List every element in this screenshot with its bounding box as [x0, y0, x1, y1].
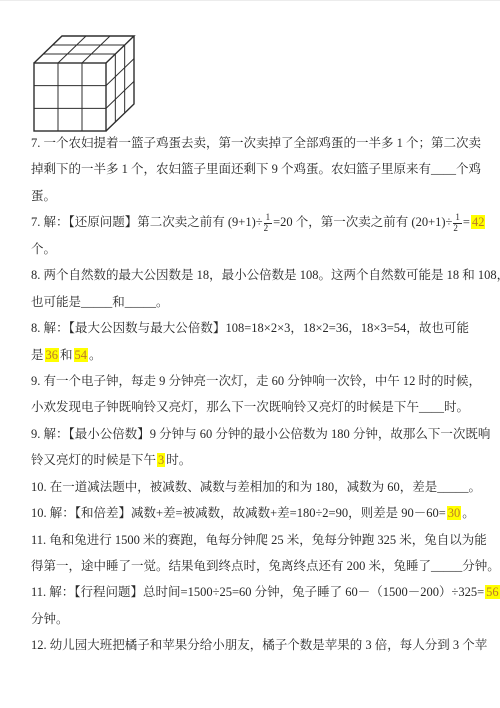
- text-segment: 时。: [166, 453, 191, 467]
- text-segment: 11. 龟和兔进行 1500 米的赛跑，龟每分钟爬 25 米，兔每分钟跑 325…: [31, 533, 487, 547]
- cube-figure-3x3x3: [32, 35, 136, 133]
- worksheet-page: 7. 一个农妇提着一篮子鸡蛋去卖，第一次卖掉了全部鸡蛋的一半多 1 个；第二次卖…: [0, 0, 500, 708]
- text-line: 9. 解：【最小公倍数】9 分钟与 60 分钟的最小公倍数为 180 分钟，故那…: [31, 421, 469, 447]
- text-segment: 。: [462, 506, 475, 520]
- text-segment: 7. 解：【还原问题】第二次卖之前有 (9+1)÷: [31, 215, 263, 229]
- highlighted-answer: 36: [45, 348, 60, 362]
- text-segment: 也可能是_____和_____。: [31, 295, 169, 309]
- text-line: 11. 龟和兔进行 1500 米的赛跑，龟每分钟爬 25 米，兔每分钟跑 325…: [31, 527, 469, 553]
- text-line: 8. 两个自然数的最大公因数是 18，最小公倍数是 108。这两个自然数可能是 …: [31, 262, 469, 288]
- text-segment: 7. 一个农妇提着一篮子鸡蛋去卖，第一次卖掉了全部鸡蛋的一半多 1 个；第二次卖: [31, 136, 481, 150]
- text-segment: 个。: [31, 242, 56, 256]
- highlighted-answer: 54: [74, 348, 89, 362]
- text-line: 7. 一个农妇提着一篮子鸡蛋去卖，第一次卖掉了全部鸡蛋的一半多 1 个；第二次卖: [31, 130, 469, 156]
- highlighted-answer: 56: [485, 585, 500, 599]
- text-line: 9. 有一个电子钟，每走 9 分钟亮一次灯，走 60 分钟响一次铃，中午 12 …: [31, 368, 469, 394]
- text-segment: 铃又亮灯的时候是下午: [31, 453, 156, 467]
- text-line: 掉剩下的一半多 1 个，农妇篮子里面还剩下 9 个鸡蛋。农妇篮子里原来有____…: [31, 156, 469, 182]
- text-segment: 10. 在一道减法题中，被减数、减数与差相加的和为 180，减数为 60，差是_…: [31, 480, 481, 494]
- text-line: 8. 解：【最大公因数与最大公倍数】108=18×2×3，18×2=36，18×…: [31, 315, 469, 341]
- stacked-fraction: 12: [453, 213, 462, 234]
- text-segment: 掉剩下的一半多 1 个，农妇篮子里面还剩下 9 个鸡蛋。农妇篮子里原来有____…: [31, 162, 481, 176]
- text-segment: 8. 两个自然数的最大公因数是 18，最小公倍数是 108。这两个自然数可能是 …: [31, 268, 500, 282]
- text-line: 也可能是_____和_____。: [31, 289, 469, 315]
- text-segment: =20 个，第一次卖之前有 (20+1)÷: [273, 215, 452, 229]
- text-line: 得第一，途中睡了一觉。结果龟到终点时，兔离终点还有 200 米，兔睡了_____…: [31, 553, 469, 579]
- highlighted-answer: 42: [471, 215, 486, 229]
- text-line: 11. 解：【行程问题】总时间=1500÷25=60 分钟，兔子睡了 60－（1…: [31, 579, 469, 605]
- text-segment: 8. 解：【最大公因数与最大公倍数】108=18×2×3，18×2=36，18×…: [31, 321, 469, 335]
- text-line: 10. 在一道减法题中，被减数、减数与差相加的和为 180，减数为 60，差是_…: [31, 474, 469, 500]
- text-line: 10. 解：【和倍差】减数+差=被减数，故减数+差=180÷2=90，则差是 9…: [31, 500, 469, 526]
- text-line: 是36和54。: [31, 342, 469, 368]
- text-line: 蛋。: [31, 183, 469, 209]
- text-segment: 得第一，途中睡了一觉。结果龟到终点时，兔离终点还有 200 米，兔睡了_____…: [31, 559, 500, 573]
- highlighted-answer: 30: [447, 506, 462, 520]
- text-segment: 11. 解：【行程问题】总时间=1500÷25=60 分钟，兔子睡了 60－（1…: [31, 585, 484, 599]
- cube-front-face: [34, 63, 106, 131]
- text-lines: 7. 一个农妇提着一篮子鸡蛋去卖，第一次卖掉了全部鸡蛋的一半多 1 个；第二次卖…: [31, 130, 469, 659]
- text-segment: 10. 解：【和倍差】减数+差=被减数，故减数+差=180÷2=90，则差是 9…: [31, 506, 446, 520]
- text-segment: 9. 有一个电子钟，每走 9 分钟亮一次灯，走 60 分钟响一次铃，中午 12 …: [31, 374, 481, 388]
- text-segment: 和: [60, 348, 73, 362]
- text-segment: 12. 幼儿园大班把橘子和苹果分给小朋友，橘子个数是苹果的 3 倍，每人分到 3…: [31, 638, 487, 652]
- text-segment: 分钟。: [31, 612, 69, 626]
- text-segment: 蛋。: [31, 189, 56, 203]
- text-segment: 。: [89, 348, 102, 362]
- text-segment: 是: [31, 348, 44, 362]
- text-line: 铃又亮灯的时候是下午3时。: [31, 447, 469, 473]
- highlighted-answer: 3: [157, 453, 165, 467]
- text-segment: 小欢发现电子钟既响铃又亮灯，那么下一次既响铃又亮灯的时候是下午____时。: [31, 400, 469, 414]
- text-segment: 9. 解：【最小公倍数】9 分钟与 60 分钟的最小公倍数为 180 分钟，故那…: [31, 427, 490, 441]
- text-line: 分钟。: [31, 606, 469, 632]
- text-line: 7. 解：【还原问题】第二次卖之前有 (9+1)÷12=20 个，第一次卖之前有…: [31, 209, 469, 235]
- text-line: 小欢发现电子钟既响铃又亮灯，那么下一次既响铃又亮灯的时候是下午____时。: [31, 394, 469, 420]
- text-segment: =: [463, 215, 470, 229]
- text-line: 12. 幼儿园大班把橘子和苹果分给小朋友，橘子个数是苹果的 3 倍，每人分到 3…: [31, 632, 469, 658]
- text-line: 个。: [31, 236, 469, 262]
- stacked-fraction: 12: [264, 213, 273, 234]
